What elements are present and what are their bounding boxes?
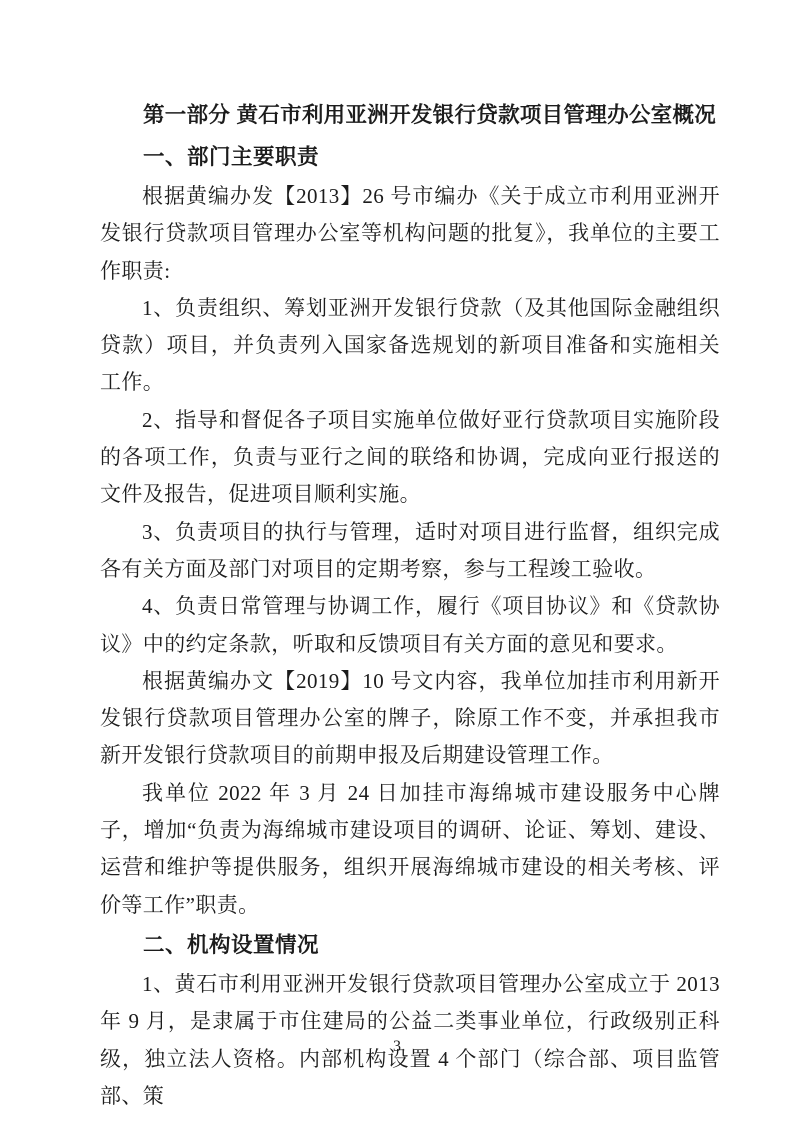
page-number: 3: [0, 1038, 794, 1056]
section-1-paragraph-1: 根据黄编办发【2013】26 号市编办《关于成立市利用亚洲开发银行贷款项目管理办…: [100, 178, 720, 290]
section-1-paragraph-6: 根据黄编办文【2019】10 号文内容，我单位加挂市利用新开发银行贷款项目管理办…: [100, 663, 720, 775]
section-1-paragraph-2: 1、负责组织、筹划亚洲开发银行贷款（及其他国际金融组织贷款）项目，并负责列入国家…: [100, 290, 720, 402]
section-1-paragraph-7: 我单位 2022 年 3 月 24 日加挂市海绵城市建设服务中心牌子，增加“负责…: [100, 775, 720, 924]
document-title: 第一部分 黄石市利用亚洲开发银行贷款项目管理办公室概况: [100, 94, 720, 136]
section-1-paragraph-4: 3、负责项目的执行与管理，适时对项目进行监督，组织完成各有关方面及部门对项目的定…: [100, 514, 720, 589]
document-page: 第一部分 黄石市利用亚洲开发银行贷款项目管理办公室概况 一、部门主要职责 根据黄…: [0, 0, 794, 1123]
document-content: 第一部分 黄石市利用亚洲开发银行贷款项目管理办公室概况 一、部门主要职责 根据黄…: [100, 94, 720, 1115]
section-1-heading: 一、部门主要职责: [100, 136, 720, 178]
section-1-paragraph-3: 2、指导和督促各子项目实施单位做好亚行贷款项目实施阶段的各项工作，负责与亚行之间…: [100, 402, 720, 514]
section-1-paragraph-5: 4、负责日常管理与协调工作，履行《项目协议》和《贷款协议》中的约定条款，听取和反…: [100, 588, 720, 663]
section-2-heading: 二、机构设置情况: [100, 924, 720, 966]
